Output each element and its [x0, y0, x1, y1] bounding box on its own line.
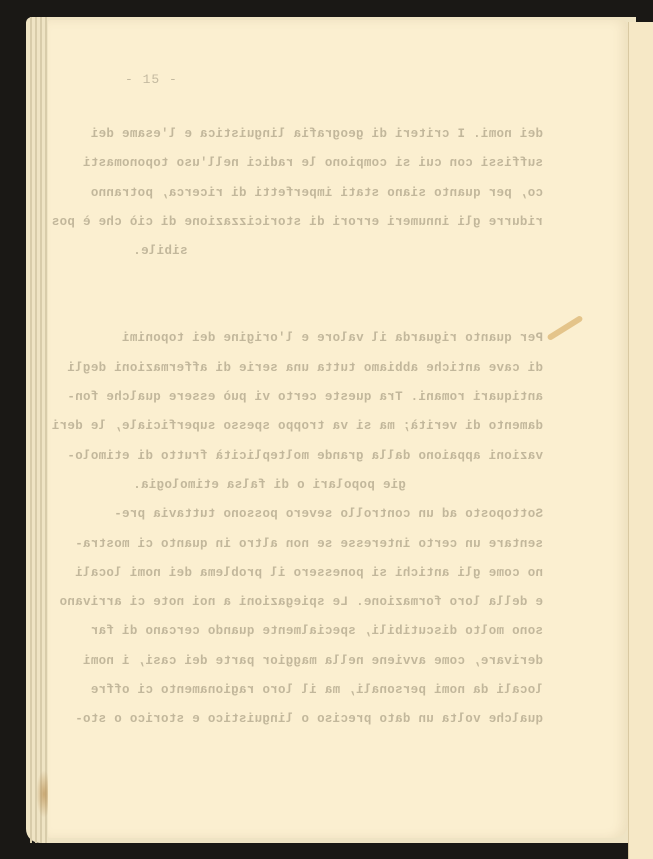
text-line: Sottoposto ad un controllo severo posson… [133, 500, 543, 529]
text-line: di cave antiche abbiamo tutta una serie … [133, 354, 543, 383]
next-page-edge [628, 22, 653, 859]
text-line: vazioni appaiono dalla grande molteplici… [133, 442, 543, 471]
paragraph: Sottoposto ad un controllo severo posson… [133, 500, 543, 734]
page-edge [40, 17, 42, 843]
text-line: dei nomi. I criteri di geografia linguis… [133, 120, 543, 149]
text-line: sibile. [133, 237, 543, 266]
text-line: suffissi con cui si compiono le radici n… [133, 149, 543, 178]
text-line: locali da nomi personali, ma il loro rag… [133, 676, 543, 705]
text-line: Per quanto riguarda il valore e l'origin… [133, 324, 543, 353]
page-edge [35, 17, 37, 843]
text-line: derivare, come avviene nella maggior par… [133, 647, 543, 676]
text-line: qualche volta un dato preciso o linguist… [133, 705, 543, 734]
text-line: e della loro formazione. Le spiegazioni … [133, 588, 543, 617]
text-line: sono molto discutibili, specialmente qua… [133, 617, 543, 646]
paragraph: Per quanto riguarda il valore e l'origin… [133, 324, 543, 500]
text-line: no come gli antichi si ponessero il prob… [133, 559, 543, 588]
text-line: sentare un certo interesse se non altro … [133, 530, 543, 559]
page-edge [30, 17, 32, 843]
text-line: co, per quanto siano stati imperfetti di… [133, 179, 543, 208]
text-line: damento di verità; ma si va troppo spess… [133, 412, 543, 441]
page-number: - 15 - [125, 72, 178, 87]
text-line: antiquari romani. Tra queste certo vi pu… [133, 383, 543, 412]
page-edge [45, 17, 47, 843]
paragraph: dei nomi. I criteri di geografia linguis… [133, 120, 543, 266]
text-line: gie popolari o di falsa etimologia. [133, 471, 543, 500]
text-line: ridurre gli innumeri errori di storicizz… [133, 208, 543, 237]
document-body: dei nomi. I criteri di geografia linguis… [133, 120, 543, 735]
